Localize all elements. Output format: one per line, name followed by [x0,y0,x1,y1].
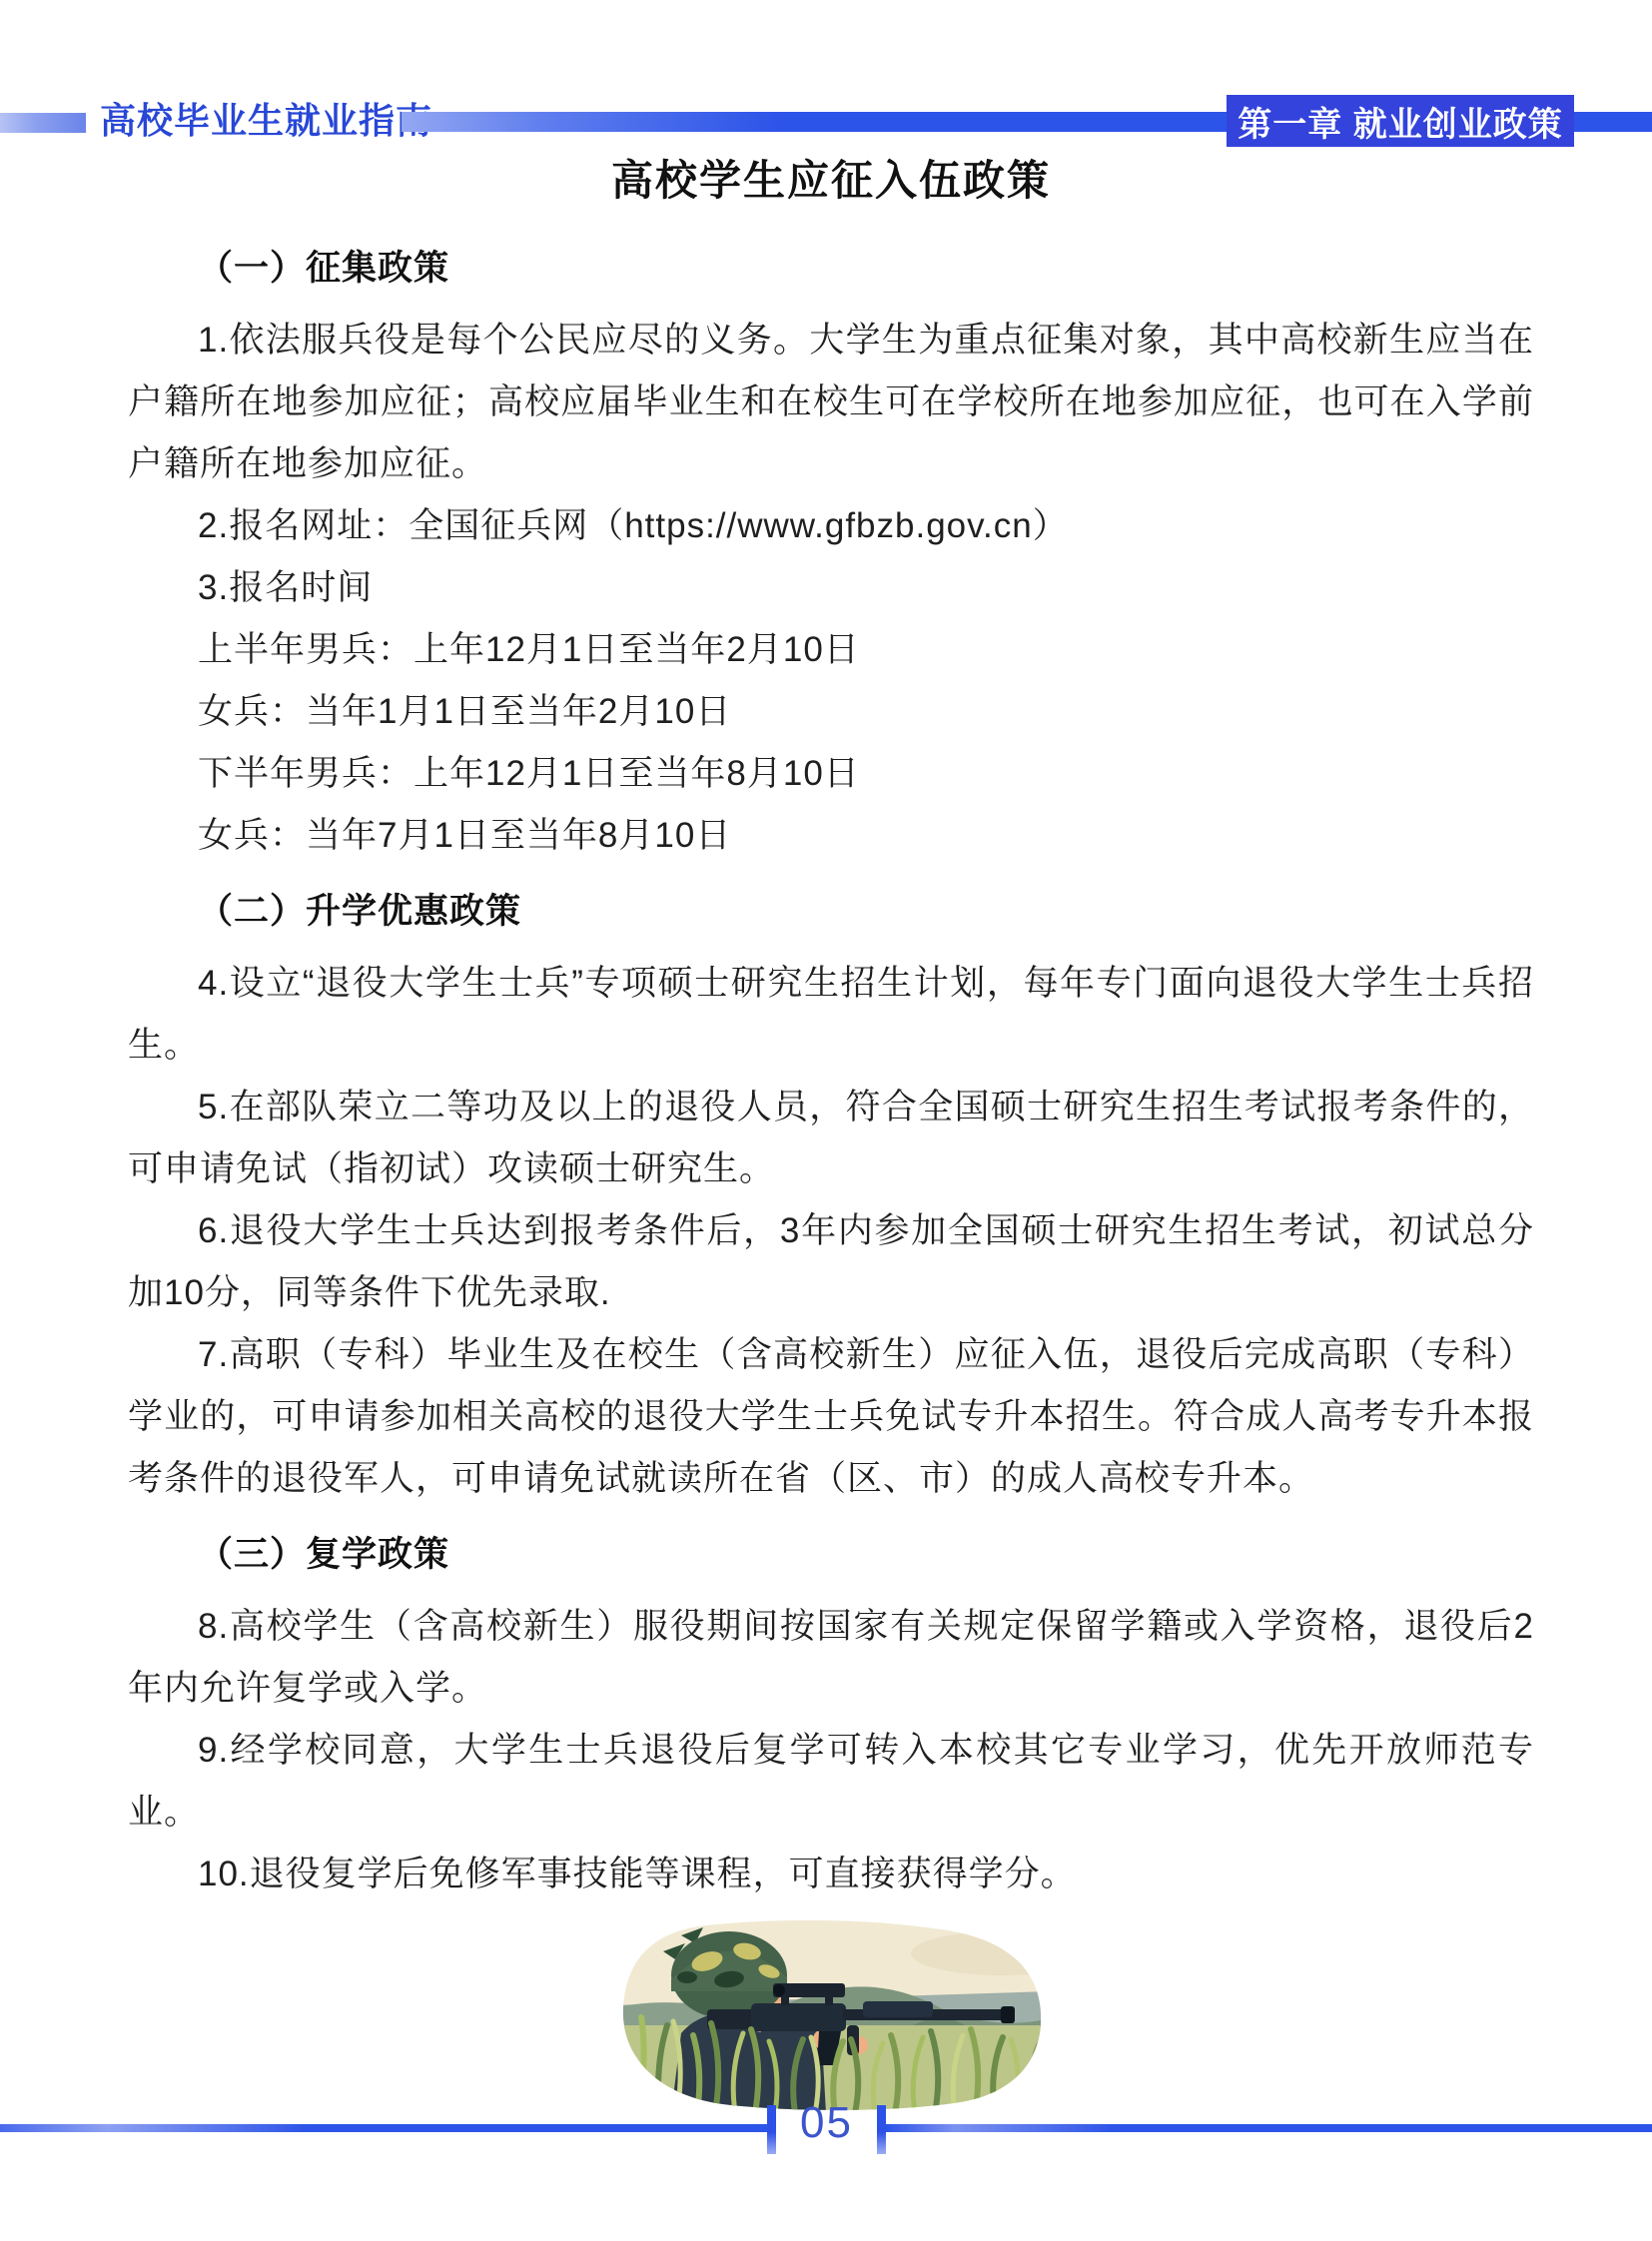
paragraph: 5.在部队荣立二等功及以上的退役人员，符合全国硕士研究生招生考试报考条件的，可申… [128,1077,1534,1200]
paragraph: 9.经学校同意，大学生士兵退役后复学可转入本校其它专业学习，优先开放师范专业。 [128,1720,1534,1844]
date-line: 下半年男兵：上年12月1日至当年8月10日 [128,743,1534,805]
footer-tick-left [767,2105,776,2154]
page-footer: 05 [0,2095,1652,2165]
section-2-heading: （二）升学优惠政策 [128,881,1534,943]
footer-tick-right [877,2105,886,2154]
paragraph: 2.报名网址：全国征兵网（https://www.gfbzb.gov.cn） [128,495,1534,557]
page-title: 高校学生应征入伍政策 [128,150,1534,212]
page-header: 高校毕业生就业指南 第一章 就业创业政策 [0,0,1652,150]
paragraph: 7.高职（专科）毕业生及在校生（含高校新生）应征入伍，退役后完成高职（专科）学业… [128,1324,1534,1510]
header-accent-dash [0,113,86,133]
section-1-heading: （一）征集政策 [128,238,1534,300]
footer-rule-right [886,2124,1652,2132]
paragraph: 4.设立“退役大学生士兵”专项硕士研究生招生计划，每年专门面向退役大学生士兵招生… [128,953,1534,1077]
date-line: 女兵：当年1月1日至当年2月10日 [128,681,1534,743]
paragraph: 8.高校学生（含高校新生）服役期间按国家有关规定保留学籍或入学资格，退役后2年内… [128,1596,1534,1720]
paragraph: 10.退役复学后免修军事技能等课程，可直接获得学分。 [128,1844,1534,1905]
paragraph: 6.退役大学生士兵达到报考条件后，3年内参加全国硕士研究生招生考试，初试总分加1… [128,1200,1534,1324]
chapter-badge: 第一章 就业创业政策 [1227,95,1574,147]
paragraph: 3.报名时间 [128,557,1534,619]
soldier-illustration [611,1913,1051,2118]
date-line: 女兵：当年7月1日至当年8月10日 [128,805,1534,867]
book-title: 高校毕业生就业指南 [100,98,432,144]
page-number: 05 [776,2098,877,2148]
footer-rule-left [0,2124,767,2132]
paragraph: 1.依法服兵役是每个公民应尽的义务。大学生为重点征集对象，其中高校新生应当在户籍… [128,310,1534,495]
section-3-heading: （三）复学政策 [128,1524,1534,1586]
document-body: 高校学生应征入伍政策 （一）征集政策 1.依法服兵役是每个公民应尽的义务。大学生… [0,150,1652,2118]
date-line: 上半年男兵：上年12月1日至当年2月10日 [128,619,1534,681]
